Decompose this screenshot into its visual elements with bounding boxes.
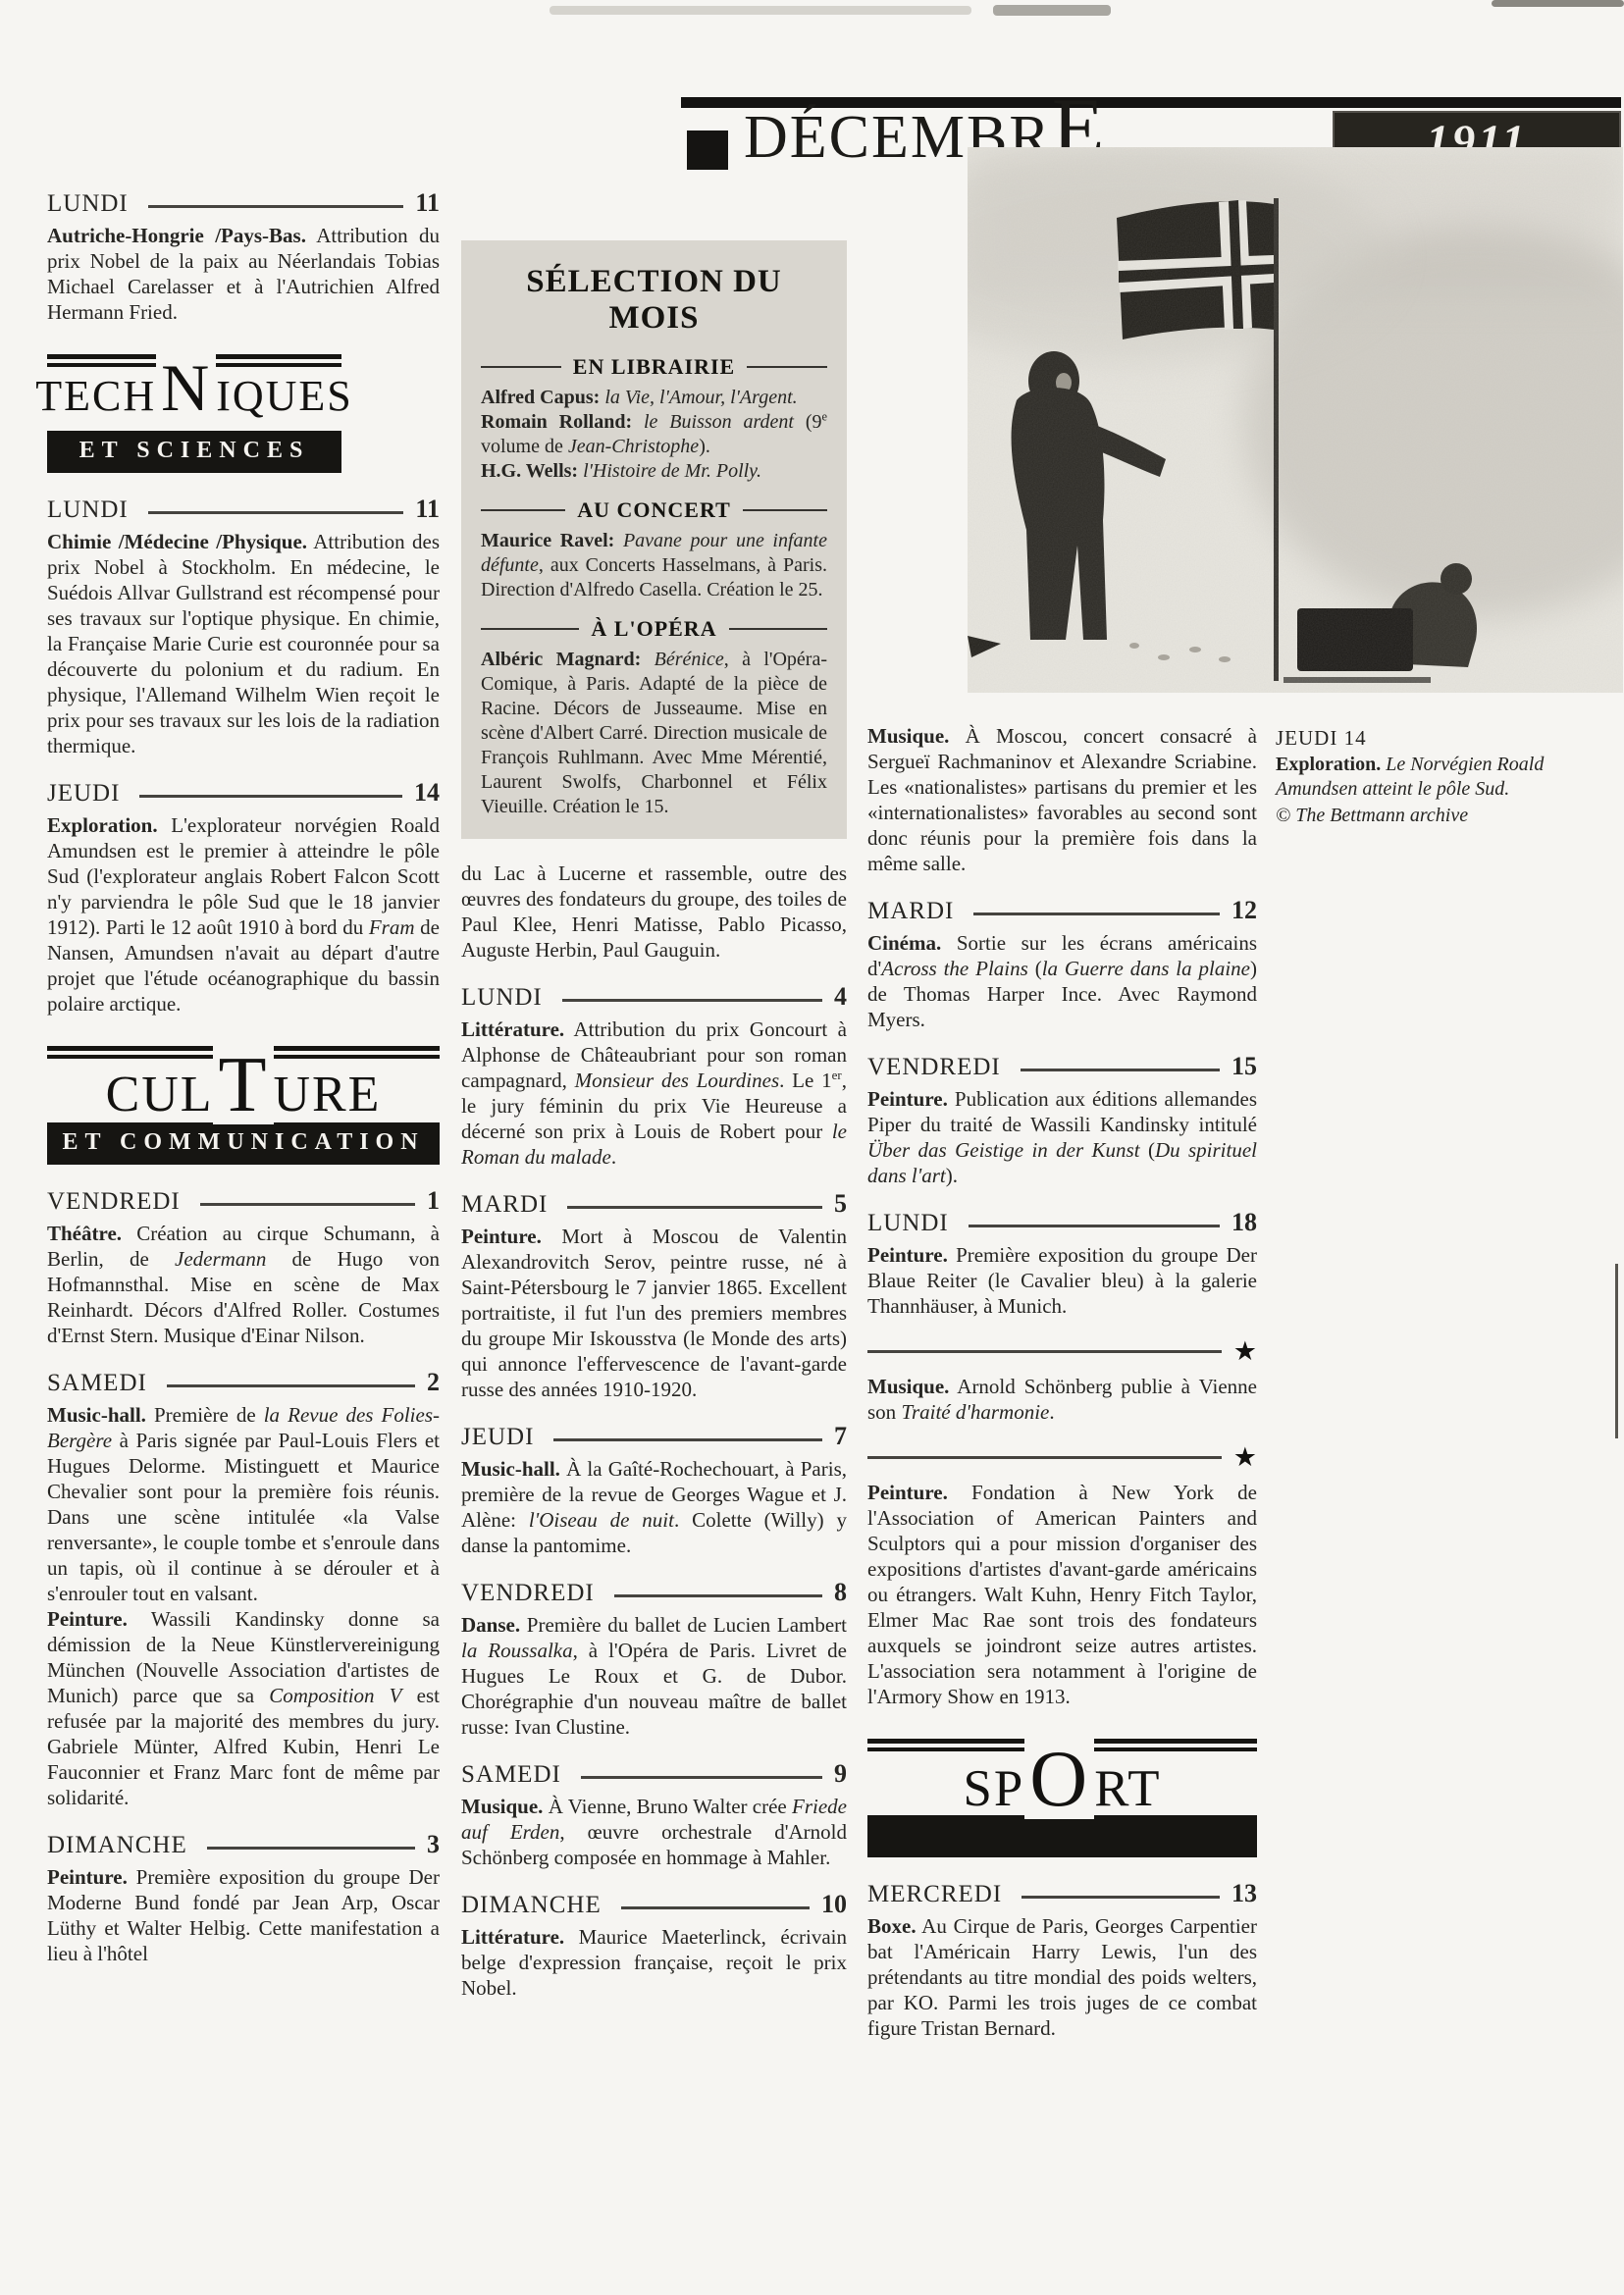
event-paragraph: Danse. Première du ballet de Lucien Lamb… <box>461 1612 847 1740</box>
star-rule-row: ★ <box>867 1444 1257 1471</box>
star-entry: ★Peinture. Fondation à New York de l'Ass… <box>867 1444 1257 1709</box>
day-header: VENDREDI15 <box>867 1052 1257 1081</box>
day-rule <box>148 205 404 208</box>
section-subtitle-bar: ET COMMUNICATION <box>47 1122 440 1165</box>
day-number: 1 <box>427 1186 440 1216</box>
event-paragraph: Littérature. Maurice Maeterlinck, écriva… <box>461 1924 847 2001</box>
heading-rule <box>481 628 579 630</box>
day-label: LUNDI <box>461 984 543 1012</box>
star-icon: ★ <box>1233 1444 1257 1471</box>
event-entry: VENDREDI8Danse. Première du ballet de Lu… <box>461 1578 847 1740</box>
heading-label: EN LIBRAIRIE <box>573 354 735 380</box>
day-label: VENDREDI <box>867 1054 1001 1081</box>
day-rule <box>148 511 404 514</box>
day-label: MARDI <box>867 898 954 925</box>
section-subtitle-bar: ET SCIENCES <box>47 431 341 473</box>
event-entry: SAMEDI9Musique. À Vienne, Bruno Walter c… <box>461 1759 847 1870</box>
day-rule <box>200 1203 415 1206</box>
day-number: 18 <box>1231 1208 1257 1237</box>
event-paragraph: Boxe. Au Cirque de Paris, Georges Carpen… <box>867 1913 1257 2041</box>
day-label: MARDI <box>461 1191 548 1219</box>
day-number: 5 <box>834 1189 847 1219</box>
day-header: LUNDI11 <box>47 188 440 218</box>
day-label: DIMANCHE <box>461 1892 602 1919</box>
star-icon: ★ <box>1233 1338 1257 1365</box>
day-number: 11 <box>415 495 440 524</box>
event-paragraph: Musique. Arnold Schönberg publie à Vienn… <box>867 1374 1257 1425</box>
event-entry: DIMANCHE3Peinture. Première exposition d… <box>47 1830 440 1966</box>
day-header: VENDREDI1 <box>47 1186 440 1216</box>
event-entry: JEUDI7Music-hall. À la Gaîté-Rochechouar… <box>461 1422 847 1558</box>
event-paragraph: Peinture. Fondation à New York de l'Asso… <box>867 1480 1257 1709</box>
section-title-bigletter: N <box>156 354 216 421</box>
event-paragraph: Peinture. Wassili Kandinsky donne sa dém… <box>47 1606 440 1810</box>
day-number: 2 <box>427 1368 440 1397</box>
day-number: 14 <box>414 778 440 808</box>
day-header: LUNDI18 <box>867 1208 1257 1237</box>
selection-box: SÉLECTION DU MOISEN LIBRAIRIEAlfred Capu… <box>461 240 847 839</box>
day-number: 8 <box>834 1578 847 1607</box>
section-header-sport: SPORT <box>867 1739 1257 1857</box>
day-label: SAMEDI <box>47 1370 147 1397</box>
day-label: LUNDI <box>47 190 129 218</box>
star-rule <box>867 1456 1222 1459</box>
day-header: MERCREDI13 <box>867 1879 1257 1908</box>
day-header: VENDREDI8 <box>461 1578 847 1607</box>
photo-caption-text: Exploration. Le Norvégien Roald Amundsen… <box>1276 753 1599 802</box>
event-paragraph: Peinture. Première exposition du groupe … <box>867 1242 1257 1319</box>
day-number: 9 <box>834 1759 847 1789</box>
section-title-post: IQUES <box>216 375 353 418</box>
event-paragraph: Autriche-Hongrie /Pays-Bas. Attribution … <box>47 223 440 325</box>
event-paragraph: Chimie /Médecine /Physique. Attribution … <box>47 529 440 758</box>
scan-artifact <box>993 5 1111 16</box>
photo-grain <box>968 147 1623 693</box>
day-rule <box>581 1776 822 1779</box>
selection-group-heading: EN LIBRAIRIE <box>481 354 827 380</box>
section-title: TECHNIQUES <box>47 354 341 429</box>
section-header-culture: CULTUREET COMMUNICATION <box>47 1046 440 1165</box>
section-title-post: URE <box>274 1069 382 1121</box>
day-header: DIMANCHE3 <box>47 1830 440 1859</box>
star-entry: ★Musique. Arnold Schönberg publie à Vien… <box>867 1338 1257 1425</box>
day-number: 3 <box>427 1830 440 1859</box>
event-paragraph: Exploration. L'explorateur norvégien Roa… <box>47 812 440 1017</box>
almanac-page: DÉCEMBR E 1911 <box>0 0 1624 2295</box>
day-header: DIMANCHE10 <box>461 1890 847 1919</box>
day-number: 13 <box>1231 1879 1257 1908</box>
day-header: JEUDI7 <box>461 1422 847 1451</box>
day-label: JEUDI <box>461 1424 534 1451</box>
event-entry: LUNDI11Autriche-Hongrie /Pays-Bas. Attri… <box>47 188 440 325</box>
column-middle: SÉLECTION DU MOISEN LIBRAIRIEAlfred Capu… <box>461 240 847 2020</box>
heading-rule <box>481 366 561 368</box>
scan-artifact <box>550 6 971 15</box>
heading-rule <box>743 509 827 511</box>
column-right: Musique. À Moscou, concert consacré à Se… <box>867 723 1257 2060</box>
event-paragraph: Music-hall. À la Gaîté-Rochechouart, à P… <box>461 1456 847 1558</box>
section-title-bigletter: O <box>1024 1739 1094 1819</box>
selection-group-heading: À L'OPÉRA <box>481 616 827 642</box>
day-label: DIMANCHE <box>47 1832 187 1859</box>
event-paragraph: Littérature. Attribution du prix Goncour… <box>461 1017 847 1170</box>
day-rule <box>614 1594 822 1597</box>
event-entry: VENDREDI1Théâtre. Création au cirque Sch… <box>47 1186 440 1348</box>
day-label: SAMEDI <box>461 1761 561 1789</box>
selection-title: SÉLECTION DU MOIS <box>481 264 827 337</box>
event-paragraph: Peinture. Première exposition du groupe … <box>47 1864 440 1966</box>
day-label: VENDREDI <box>47 1188 181 1216</box>
day-rule <box>1021 1069 1220 1071</box>
day-number: 15 <box>1231 1052 1257 1081</box>
star-rule-row: ★ <box>867 1338 1257 1365</box>
day-rule <box>553 1438 822 1441</box>
selection-item: Maurice Ravel: Pavane pour une infante d… <box>481 529 827 602</box>
section-title-bigletter: T <box>213 1046 273 1124</box>
selection-group-heading: AU CONCERT <box>481 497 827 523</box>
day-label: JEUDI <box>47 780 120 808</box>
heading-label: À L'OPÉRA <box>591 616 716 642</box>
day-rule <box>621 1906 810 1909</box>
continuation-entry: Musique. À Moscou, concert consacré à Se… <box>867 723 1257 876</box>
continuation-paragraph: Musique. À Moscou, concert consacré à Se… <box>867 723 1257 876</box>
event-entry: JEUDI14Exploration. L'explorateur norvég… <box>47 778 440 1017</box>
day-header: JEUDI14 <box>47 778 440 808</box>
event-paragraph: Peinture. Mort à Moscou de Valentin Alex… <box>461 1224 847 1402</box>
day-header: LUNDI4 <box>461 982 847 1012</box>
day-number: 7 <box>834 1422 847 1451</box>
day-header: MARDI12 <box>867 896 1257 925</box>
event-entry: MARDI12Cinéma. Sortie sur les écrans amé… <box>867 896 1257 1032</box>
day-label: LUNDI <box>47 496 129 524</box>
event-paragraph: Musique. À Vienne, Bruno Walter crée Fri… <box>461 1794 847 1870</box>
day-header: SAMEDI9 <box>461 1759 847 1789</box>
heading-rule <box>729 628 827 630</box>
event-entry: SAMEDI2Music-hall. Première de la Revue … <box>47 1368 440 1810</box>
photo-caption-credit: © The Bettmann archive <box>1276 804 1599 828</box>
event-entry: VENDREDI15Peinture. Publication aux édit… <box>867 1052 1257 1188</box>
event-paragraph: Music-hall. Première de la Revue des Fol… <box>47 1402 440 1606</box>
section-title-post: RT <box>1094 1763 1161 1815</box>
photo-caption-day: JEUDI 14 <box>1276 726 1599 751</box>
section-header-techniques: TECHNIQUESET SCIENCES <box>47 354 341 473</box>
day-label: LUNDI <box>867 1210 949 1237</box>
day-header: LUNDI11 <box>47 495 440 524</box>
day-rule <box>973 913 1220 915</box>
day-header: SAMEDI2 <box>47 1368 440 1397</box>
event-paragraph: Cinéma. Sortie sur les écrans américains… <box>867 930 1257 1032</box>
event-entry: LUNDI18Peinture. Première exposition du … <box>867 1208 1257 1319</box>
continuation-paragraph: du Lac à Lucerne et rassemble, outre des… <box>461 861 847 963</box>
event-entry: MARDI5Peinture. Mort à Moscou de Valenti… <box>461 1189 847 1402</box>
day-rule <box>562 999 822 1002</box>
day-number: 10 <box>821 1890 847 1919</box>
event-entry: LUNDI4Littérature. Attribution du prix G… <box>461 982 847 1170</box>
day-label: MERCREDI <box>867 1881 1002 1908</box>
day-rule <box>167 1384 415 1387</box>
photo-caption: JEUDI 14 Exploration. Le Norvégien Roald… <box>1276 726 1599 828</box>
section-title: SPORT <box>867 1739 1257 1813</box>
star-rule <box>867 1350 1222 1353</box>
day-rule <box>139 795 402 798</box>
margin-mark <box>1615 1264 1618 1438</box>
event-entry: LUNDI11Chimie /Médecine /Physique. Attri… <box>47 495 440 758</box>
section-title-pre: TECH <box>35 375 156 418</box>
event-paragraph: Peinture. Publication aux éditions allem… <box>867 1086 1257 1188</box>
section-title: CULTURE <box>47 1046 440 1121</box>
event-entry: MERCREDI13Boxe. Au Cirque de Paris, Geor… <box>867 1879 1257 2041</box>
day-rule <box>1022 1896 1220 1899</box>
heading-rule <box>481 509 565 511</box>
continuation-entry: du Lac à Lucerne et rassemble, outre des… <box>461 861 847 963</box>
selection-item: Alfred Capus: la Vie, l'Amour, l'Argent. <box>481 386 827 410</box>
section-title-pre: SP <box>964 1763 1025 1815</box>
day-number: 12 <box>1231 896 1257 925</box>
event-entry: DIMANCHE10Littérature. Maurice Maeterlin… <box>461 1890 847 2001</box>
section-title-pre: CUL <box>106 1069 214 1121</box>
masthead-square-icon <box>687 130 728 170</box>
selection-item: H.G. Wells: l'Histoire de Mr. Polly. <box>481 459 827 484</box>
heading-rule <box>747 366 827 368</box>
scan-artifact <box>1492 0 1624 7</box>
day-rule <box>207 1847 415 1850</box>
day-number: 4 <box>834 982 847 1012</box>
day-rule <box>969 1225 1220 1227</box>
heading-label: AU CONCERT <box>577 497 731 523</box>
column-left: LUNDI11Autriche-Hongrie /Pays-Bas. Attri… <box>47 188 440 1986</box>
selection-item: Albéric Magnard: Bérénice, à l'Opéra-Com… <box>481 648 827 819</box>
day-number: 11 <box>415 188 440 218</box>
selection-item: Romain Rolland: le Buisson ardent (9e vo… <box>481 410 827 459</box>
day-rule <box>567 1206 822 1209</box>
day-label: VENDREDI <box>461 1580 595 1607</box>
photo-amundsen-south-pole <box>968 147 1623 693</box>
day-header: MARDI5 <box>461 1189 847 1219</box>
event-paragraph: Théâtre. Création au cirque Schumann, à … <box>47 1221 440 1348</box>
